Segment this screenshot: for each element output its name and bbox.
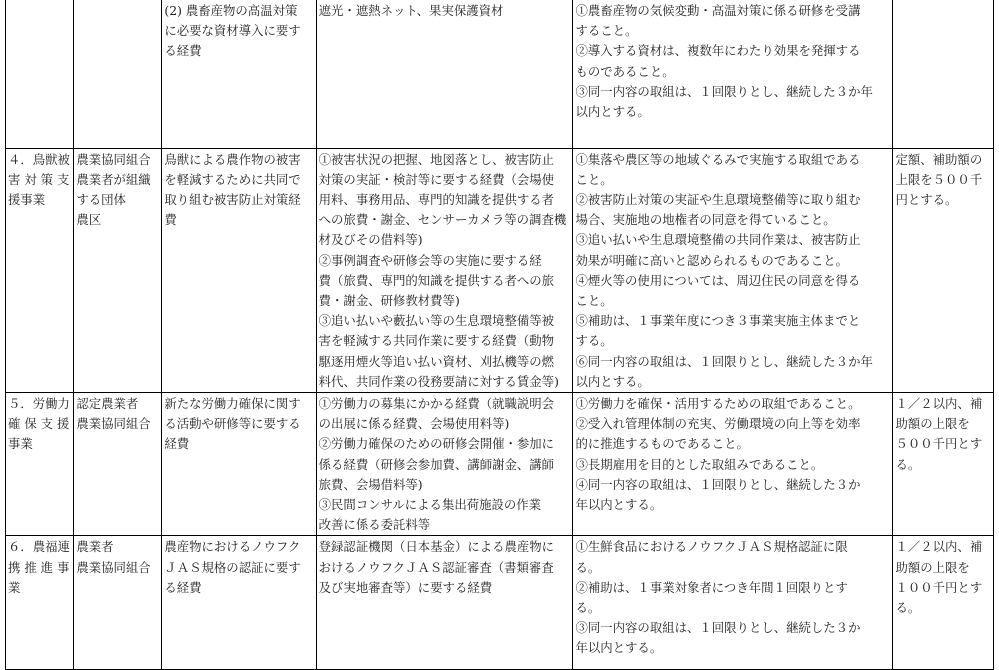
text-line: 定額、補助額の bbox=[895, 150, 991, 170]
cell-implementing-entity: 農業協同組合 農業者が組織 する団体 農区 bbox=[74, 148, 162, 392]
text-line: 農業者 bbox=[76, 537, 159, 557]
text-line: 材及びその借料等) bbox=[319, 230, 571, 250]
text-line: 経費 bbox=[164, 434, 313, 454]
text-line: (2) 農畜産物の高温対策 bbox=[164, 1, 313, 21]
text-line: る。 bbox=[895, 455, 991, 475]
text-line: 登録認証機関（日本基金）による農産物に bbox=[319, 537, 571, 557]
text-line: ②労働力確保のための研修会開催・参加に bbox=[319, 434, 571, 454]
text-line: の出展に係る経費、会場使用料等) bbox=[319, 414, 571, 434]
text-line: る経費 bbox=[164, 41, 313, 61]
text-line: 上限を５００千 bbox=[895, 170, 991, 190]
cell-eligible-costs: ①被害状況の把握、地図落とし、被害防止 対策の実証・検討等に要する経費（会場使 … bbox=[316, 148, 573, 392]
text-line: ５００千円とす bbox=[895, 434, 991, 454]
cell-eligible-costs: 遮光・遮熱ネット、果実保護資材 bbox=[316, 0, 573, 148]
table-row-agri-welfare: ６．農福連 携 推 進 事 業 農業者 農業協同組合 農産物におけるノウフク Ｊ… bbox=[6, 536, 994, 659]
text-line: 助額の上限を bbox=[895, 414, 991, 434]
text-line: 以内とする。 bbox=[575, 372, 890, 392]
text-line: 年以内とする。 bbox=[575, 638, 890, 658]
cell-project-content: 鳥獣による農作物の被害 を軽減するために共同で 取り組む被害防止対策経 費 bbox=[162, 148, 316, 392]
text-line: 円とする。 bbox=[895, 190, 991, 210]
cell-eligible-costs: 登録認証機関（日本基金）による農産物に おけるノウフクＪＡＳ認証審査（書類審査 … bbox=[316, 536, 573, 659]
text-line: 用料、事務用品、専門的知識を提供する者 bbox=[319, 190, 571, 210]
text-line: ②受入れ管理体制の充実、労働環境の向上等を効率 bbox=[575, 414, 890, 434]
text-line: ③民間コンサルによる集出荷施設の作業 bbox=[319, 495, 571, 515]
cell-project-content: 農産物におけるノウフク ＪＡＳ規格の認証に要す る経費 bbox=[162, 536, 316, 659]
text-line: ②被害防止対策の実証や生息環境整備等に取り組む bbox=[575, 190, 890, 210]
cell-implementing-entity: 認定農業者 農業協同組合 bbox=[74, 392, 162, 535]
text-line: 遮光・遮熱ネット、果実保護資材 bbox=[319, 1, 571, 21]
text-line: 及び実地審査等）に要する経費 bbox=[319, 578, 571, 598]
text-line: 取り組む被害防止対策経 bbox=[164, 190, 313, 210]
cell-eligible-costs: ①労働力の募集にかかる経費（就職説明会 の出展に係る経費、会場使用料等) ②労働… bbox=[316, 392, 573, 535]
text-line: 害 対 策 支 bbox=[8, 170, 71, 190]
text-line: すること。 bbox=[575, 21, 890, 41]
text-line: る。 bbox=[575, 558, 890, 578]
text-line: ③同一内容の取組は、１回限りとし、継続した３か bbox=[575, 618, 890, 638]
text-line: 料代、共同作業の役務要請に対する賃金等) bbox=[319, 372, 571, 392]
text-line: 農業者が組織 bbox=[76, 170, 159, 190]
text-line: 事業 bbox=[8, 434, 71, 454]
text-line: る。 bbox=[895, 598, 991, 618]
cell-implementing-entity bbox=[74, 0, 162, 148]
text-line: ④同一内容の取組は、１回限りとし、継続した３か bbox=[575, 475, 890, 495]
text-line: 係る経費（研修会参加費、講師謝金、講師 bbox=[319, 455, 571, 475]
cell-project-name bbox=[6, 0, 74, 148]
cell-subsidy-rate bbox=[893, 0, 994, 148]
text-line: ①被害状況の把握、地図落とし、被害防止 bbox=[319, 150, 571, 170]
cell-conditions: ①集落や農区等の地域ぐるみで実施する取組である こと。 ②被害防止対策の実証や生… bbox=[573, 148, 893, 392]
cell-subsidy-rate: 定額、補助額の 上限を５００千 円とする。 bbox=[893, 148, 994, 392]
text-line: 的に推進するものであること。 bbox=[575, 434, 890, 454]
text-line: 業 bbox=[8, 578, 71, 598]
text-line: 鳥獣による農作物の被害 bbox=[164, 150, 313, 170]
text-line: 農業協同組合 bbox=[76, 414, 159, 434]
text-line: 費（旅費、専門的知識を提供する者への旅 bbox=[319, 271, 571, 291]
text-line: ①農畜産物の気候変動・高温対策に係る研修を受講 bbox=[575, 1, 890, 21]
text-line: ①労働力を確保・活用するための取組であること。 bbox=[575, 394, 890, 414]
cell-project-content: (2) 農畜産物の高温対策 に必要な資材導入に要す る経費 bbox=[162, 0, 316, 148]
text-line: ⑤補助は、１事業年度につき３事業実施主体までと bbox=[575, 311, 890, 331]
table-row-heat-measures: (2) 農畜産物の高温対策 に必要な資材導入に要す る経費 遮光・遮熱ネット、果… bbox=[6, 0, 994, 148]
text-line: る経費 bbox=[164, 578, 313, 598]
text-line: 駆逐用煙火等追い払い資材、刈払機等の燃 bbox=[319, 352, 571, 372]
text-line: 農産物におけるノウフク bbox=[164, 537, 313, 557]
text-line: ①集落や農区等の地域ぐるみで実施する取組である bbox=[575, 150, 890, 170]
text-line: を軽減するために共同で bbox=[164, 170, 313, 190]
text-line: こと。 bbox=[575, 170, 890, 190]
text-line: ②事例調査や研修会等の実施に要する経 bbox=[319, 251, 571, 271]
text-line: ６．農福連 bbox=[8, 537, 71, 557]
text-line: ⑥同一内容の取組は、１回限りとし、継続した３か年 bbox=[575, 352, 890, 372]
text-line: 携 推 進 事 bbox=[8, 558, 71, 578]
text-line: ４．鳥獣被 bbox=[8, 150, 71, 170]
table-row-labor-support: ５．労働力 確 保 支 援 事業 認定農業者 農業協同組合 新たな労働力確保に関… bbox=[6, 392, 994, 535]
text-line: 年以内とする。 bbox=[575, 495, 890, 515]
text-line: 以内とする。 bbox=[575, 102, 890, 122]
table-row-wildlife-damage: ４．鳥獣被 害 対 策 支 援事業 農業協同組合 農業者が組織 する団体 農区 … bbox=[6, 148, 994, 392]
cell-conditions: ①生鮮食品におけるノウフクＪＡＳ規格認証に限 る。 ②補助は、１事業対象者につき… bbox=[573, 536, 893, 659]
cell-conditions: ①農畜産物の気候変動・高温対策に係る研修を受講 すること。 ②導入する資材は、複… bbox=[573, 0, 893, 148]
cell-project-name: ４．鳥獣被 害 対 策 支 援事業 bbox=[6, 148, 74, 392]
text-line: 改善に係る委託料等 bbox=[319, 515, 571, 535]
text-line: する。 bbox=[575, 331, 890, 351]
text-line: ③追い払いや生息環境整備の共同作業は、被害防止 bbox=[575, 230, 890, 250]
text-line: ④煙火等の使用については、周辺住民の同意を得る bbox=[575, 271, 890, 291]
text-line: おけるノウフクＪＡＳ認証審査（書類審査 bbox=[319, 558, 571, 578]
text-line: ②導入する資材は、複数年にわたり効果を発揮する bbox=[575, 41, 890, 61]
text-line: 確 保 支 援 bbox=[8, 414, 71, 434]
text-line: 害を軽減する共同作業に要する経費（動物 bbox=[319, 331, 571, 351]
text-line: への旅費・謝金、センサーカメラ等の調査機 bbox=[319, 210, 571, 230]
text-line: 認定農業者 bbox=[76, 394, 159, 414]
text-line: る活動や研修等に要する bbox=[164, 414, 313, 434]
text-line: する団体 bbox=[76, 190, 159, 210]
text-line: 助額の上限を bbox=[895, 558, 991, 578]
text-line: １／２以内、補 bbox=[895, 394, 991, 414]
cell-project-name: ６．農福連 携 推 進 事 業 bbox=[6, 536, 74, 659]
text-line: 農業協同組合 bbox=[76, 150, 159, 170]
cell-subsidy-rate: １／２以内、補 助額の上限を ５００千円とす る。 bbox=[893, 392, 994, 535]
text-line: 効果が明確に高いと認められるものであること。 bbox=[575, 251, 890, 271]
text-line: ①生鮮食品におけるノウフクＪＡＳ規格認証に限 bbox=[575, 537, 890, 557]
text-line: ③追い払いや藪払い等の生息環境整備等被 bbox=[319, 311, 571, 331]
text-line: る。 bbox=[575, 598, 890, 618]
text-line: ５．労働力 bbox=[8, 394, 71, 414]
text-line: に必要な資材導入に要す bbox=[164, 21, 313, 41]
text-line: ものであること。 bbox=[575, 62, 890, 82]
subsidy-table: (2) 農畜産物の高温対策 に必要な資材導入に要す る経費 遮光・遮熱ネット、果… bbox=[5, 0, 994, 659]
text-line: 費・謝金、研修教材費等) bbox=[319, 291, 571, 311]
text-line: 援事業 bbox=[8, 190, 71, 210]
cell-subsidy-rate: １／２以内、補 助額の上限を １００千円とす る。 bbox=[893, 536, 994, 659]
cell-project-name: ５．労働力 確 保 支 援 事業 bbox=[6, 392, 74, 535]
text-line: こと。 bbox=[575, 291, 890, 311]
text-line: 費 bbox=[164, 210, 313, 230]
text-line: 場合、実施地の地権者の同意を得ていること。 bbox=[575, 210, 890, 230]
text-line: 農区 bbox=[76, 210, 159, 230]
cell-conditions: ①労働力を確保・活用するための取組であること。 ②受入れ管理体制の充実、労働環境… bbox=[573, 392, 893, 535]
text-line: ＪＡＳ規格の認証に要す bbox=[164, 558, 313, 578]
text-line: ①労働力の募集にかかる経費（就職説明会 bbox=[319, 394, 571, 414]
text-line: １００千円とす bbox=[895, 578, 991, 598]
text-line: ③長期雇用を目的とした取組みであること。 bbox=[575, 455, 890, 475]
cell-implementing-entity: 農業者 農業協同組合 bbox=[74, 536, 162, 659]
text-line: １／２以内、補 bbox=[895, 537, 991, 557]
text-line: 新たな労働力確保に関す bbox=[164, 394, 313, 414]
cell-project-content: 新たな労働力確保に関す る活動や研修等に要する 経費 bbox=[162, 392, 316, 535]
text-line: 対策の実証・検討等に要する経費（会場使 bbox=[319, 170, 571, 190]
text-line: ③同一内容の取組は、１回限りとし、継続した３か年 bbox=[575, 82, 890, 102]
text-line: 旅費、会場借料等) bbox=[319, 475, 571, 495]
text-line: 農業協同組合 bbox=[76, 558, 159, 578]
text-line: ②補助は、１事業対象者につき年間１回限りとす bbox=[575, 578, 890, 598]
